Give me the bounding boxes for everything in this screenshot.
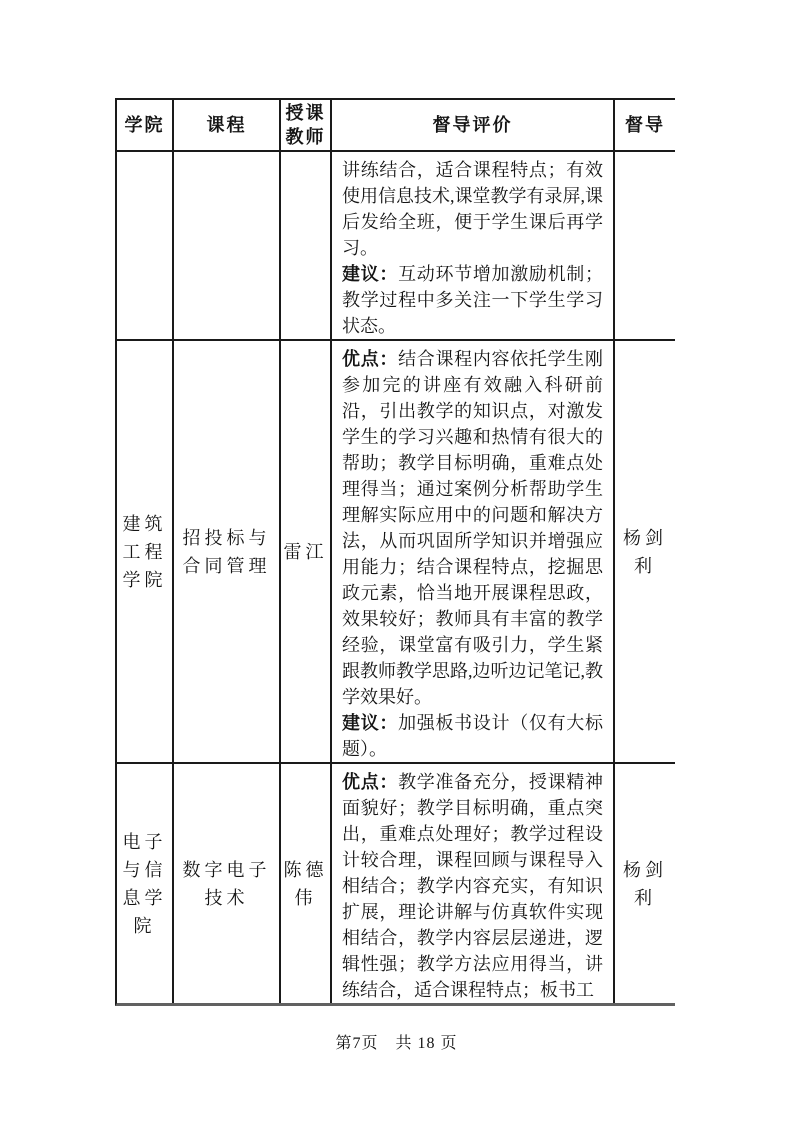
document-page: 学院 课程 授课教师 督导评价 督导 讲练结合，适合课程特点；有效使用信息技术,… — [0, 0, 793, 1122]
row1-evaluation-continuation: 讲练结合，适合课程特点；有效使用信息技术,课堂教学有录屏,课后发给全班，便于学生… — [342, 157, 603, 261]
row2-suggestion-paragraph: 建议：加强板书设计（仅有大标题）。 — [342, 710, 603, 762]
row2-teacher-cell: 雷江 — [281, 341, 332, 764]
row3-supervisor-cell: 杨剑利 — [615, 764, 675, 1003]
suggestion-label: 建议： — [342, 713, 398, 733]
row1-teacher-cell — [281, 152, 332, 341]
merits-label: 优点： — [342, 349, 398, 369]
row3-course-cell: 数字电子技术 — [174, 764, 281, 1003]
row3-college-cell: 电子与信息学院 — [117, 764, 174, 1003]
merits-label: 优点： — [342, 772, 398, 792]
row3-merits-paragraph: 优点：教学准备充分，授课精神面貌好；教学目标明确，重点突出，重难点处理好；教学过… — [342, 769, 603, 1003]
row2-merits-paragraph: 优点：结合课程内容依托学生刚参加完的讲座有效融入科研前沿，引出教学的知识点，对激… — [342, 346, 603, 710]
row2-college-cell: 建筑工程学院 — [117, 341, 174, 764]
row1-evaluation-cell: 讲练结合，适合课程特点；有效使用信息技术,课堂教学有录屏,课后发给全班，便于学生… — [332, 152, 615, 341]
row1-suggestion-paragraph: 建议：互动环节增加激励机制；教学过程中多关注一下学生学习状态。 — [342, 261, 603, 339]
evaluation-table: 学院 课程 授课教师 督导评价 督导 讲练结合，适合课程特点；有效使用信息技术,… — [115, 98, 675, 1006]
page-number: 第7页 共 18 页 — [0, 1030, 793, 1053]
row2-evaluation-cell: 优点：结合课程内容依托学生刚参加完的讲座有效融入科研前沿，引出教学的知识点，对激… — [332, 341, 615, 764]
header-course: 课程 — [174, 100, 281, 152]
header-evaluation: 督导评价 — [332, 100, 615, 152]
row3-teacher-cell: 陈德伟 — [281, 764, 332, 1003]
row3-evaluation-cell: 优点：教学准备充分，授课精神面貌好；教学目标明确，重点突出，重难点处理好；教学过… — [332, 764, 615, 1003]
row1-supervisor-cell — [615, 152, 675, 341]
row1-college-cell — [117, 152, 174, 341]
row2-course-cell: 招投标与合同管理 — [174, 341, 281, 764]
header-teacher: 授课教师 — [281, 100, 332, 152]
row1-course-cell — [174, 152, 281, 341]
header-college: 学院 — [117, 100, 174, 152]
suggestion-label: 建议： — [342, 264, 398, 284]
row2-supervisor-cell: 杨剑利 — [615, 341, 675, 764]
header-supervisor: 督导 — [615, 100, 675, 152]
